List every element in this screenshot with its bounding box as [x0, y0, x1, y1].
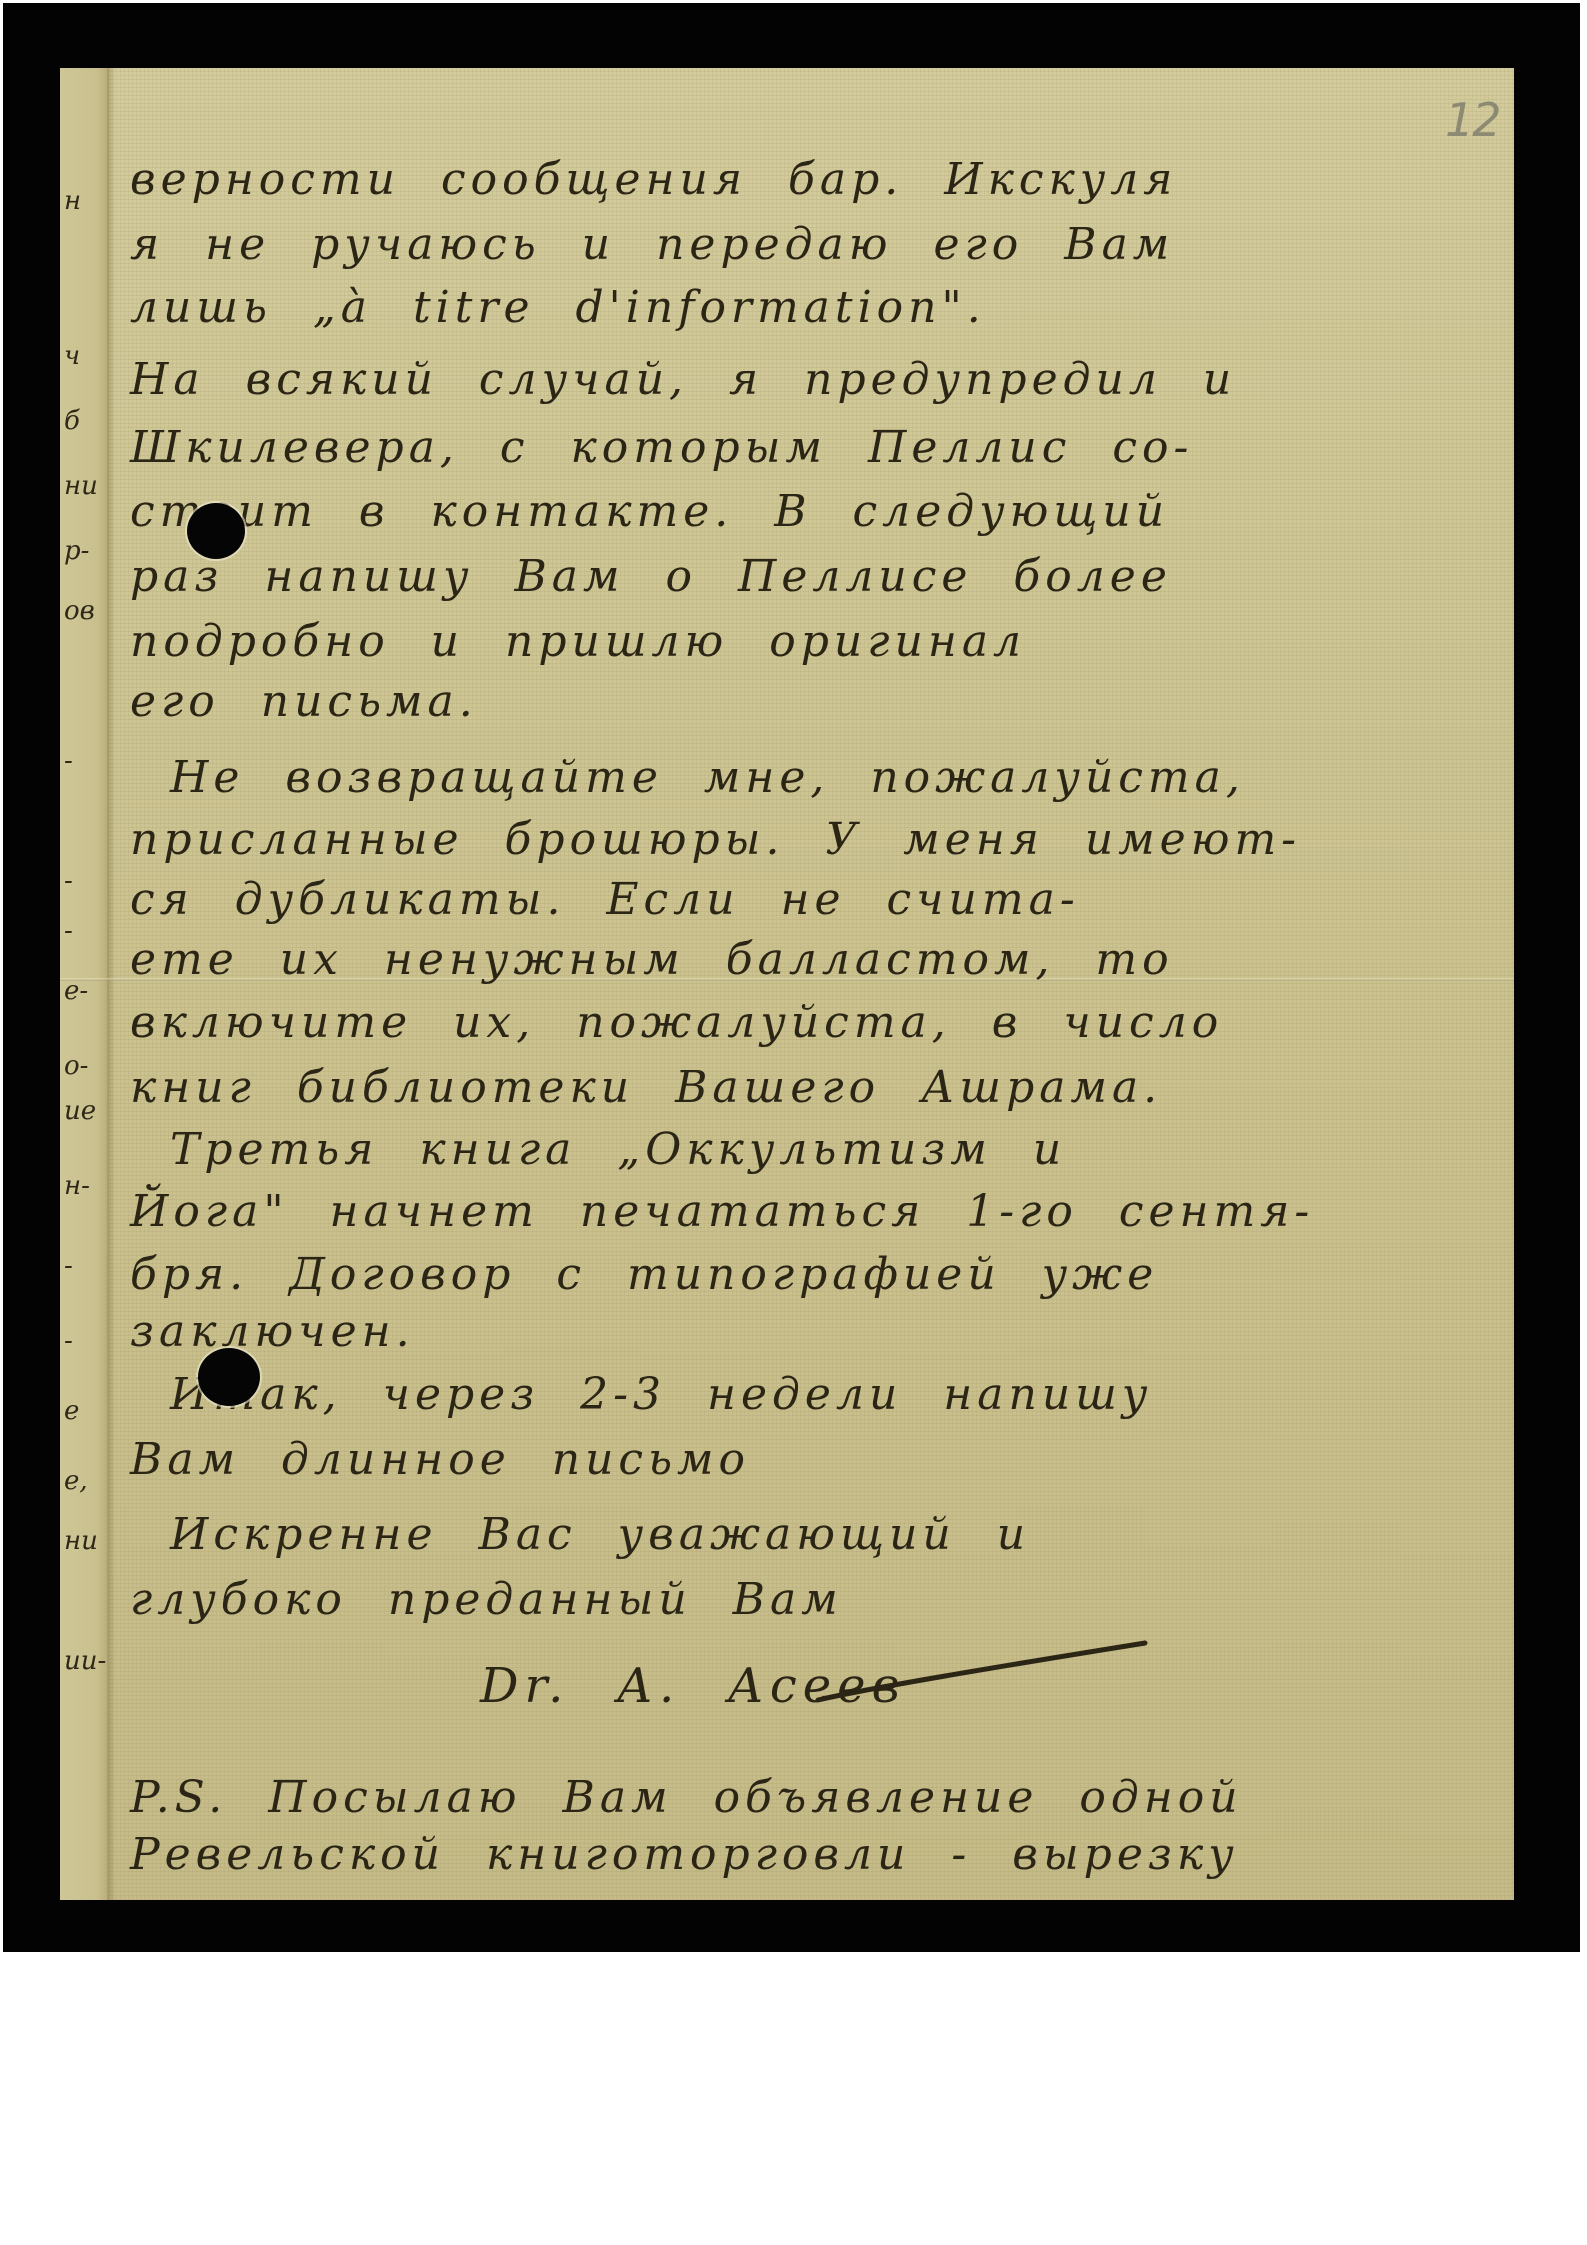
letter-line: глубоко преданный Вам [130, 1578, 843, 1622]
fold-shadow [109, 68, 115, 1900]
margin-fragment: е, [64, 1468, 88, 1494]
scan-frame: н ч б ни р- ов - - - е- о- ие н- - - е е… [3, 3, 1580, 1952]
margin-fragment: ч [64, 343, 80, 369]
letter-line: На всякий случай, я предупредил и [130, 358, 1236, 402]
letter-line: раз напишу Вам о Пеллисе более [130, 555, 1172, 599]
margin-fragment: ни [64, 1528, 98, 1554]
letter-line: Йога" начнет печататься 1-го сентя- [130, 1190, 1314, 1234]
margin-fragment: о- [64, 1053, 88, 1079]
letter-line: ся дубликаты. Если не счита- [130, 878, 1080, 922]
letter-line: я не ручаюсь и передаю его Вам [130, 223, 1174, 267]
punch-hole [187, 503, 245, 559]
margin-fragment: ни [64, 473, 98, 499]
margin-fragment: р- [64, 538, 89, 564]
letter-line: стоит в контакте. В следующий [130, 490, 1169, 534]
margin-fragment: - [64, 748, 73, 774]
letter-line: книг библиотеки Вашего Ашрама. [130, 1066, 1162, 1110]
postscript-line: Ревельской книготорговли - вырезку [130, 1833, 1239, 1877]
letter-line: включите их, пожалуйста, в число [130, 1001, 1223, 1045]
letter-line: лишь „à titre d'information". [130, 286, 986, 330]
letter-line: заключен. [130, 1310, 415, 1354]
letter-line: подробно и пришлю оригинал [130, 620, 1026, 664]
letter-line: верности сообщения бар. Икскуля [130, 158, 1177, 202]
letter-line: Искренне Вас уважающий и [170, 1513, 1030, 1557]
punch-hole [198, 1348, 260, 1406]
letter-page: н ч б ни р- ов - - - е- о- ие н- - - е е… [60, 68, 1514, 1900]
margin-fragment: - [64, 868, 73, 894]
letter-line: ете их ненужным балластом, то [130, 938, 1174, 982]
margin-fragment: е [64, 1398, 79, 1424]
letter-line: Итак, через 2-3 недели напишу [170, 1373, 1152, 1417]
letter-line: Третья книга „Оккультизм и [170, 1128, 1066, 1172]
letter-line: бря. Договор с типографией уже [130, 1253, 1158, 1297]
signature-flourish-icon [810, 1638, 1150, 1708]
postscript-line: P.S. Посылаю Вам объявление одной [130, 1776, 1243, 1820]
archive-page-number: 12 [1445, 93, 1500, 147]
margin-fragment: - [64, 918, 73, 944]
margin-fragment: ие [64, 1098, 96, 1124]
letter-line: Шкилевера, с которым Пеллис со- [130, 426, 1193, 470]
margin-fragment: ии- [64, 1648, 106, 1674]
margin-fragment: - [64, 1328, 73, 1354]
margin-fragment: - [64, 1253, 73, 1279]
margin-fragment: б [64, 408, 80, 434]
margin-fragment: н- [64, 1173, 90, 1199]
letter-line: Вам длинное письмо [130, 1438, 750, 1482]
letter-line: присланные брошюры. У меня имеют- [130, 818, 1301, 862]
margin-fragment: ов [64, 598, 95, 624]
letter-line: его письма. [130, 680, 478, 724]
letter-line: Не возвращайте мне, пожалуйста, [170, 756, 1245, 800]
margin-fragment: е- [64, 978, 88, 1004]
margin-fragment: н [64, 188, 81, 214]
